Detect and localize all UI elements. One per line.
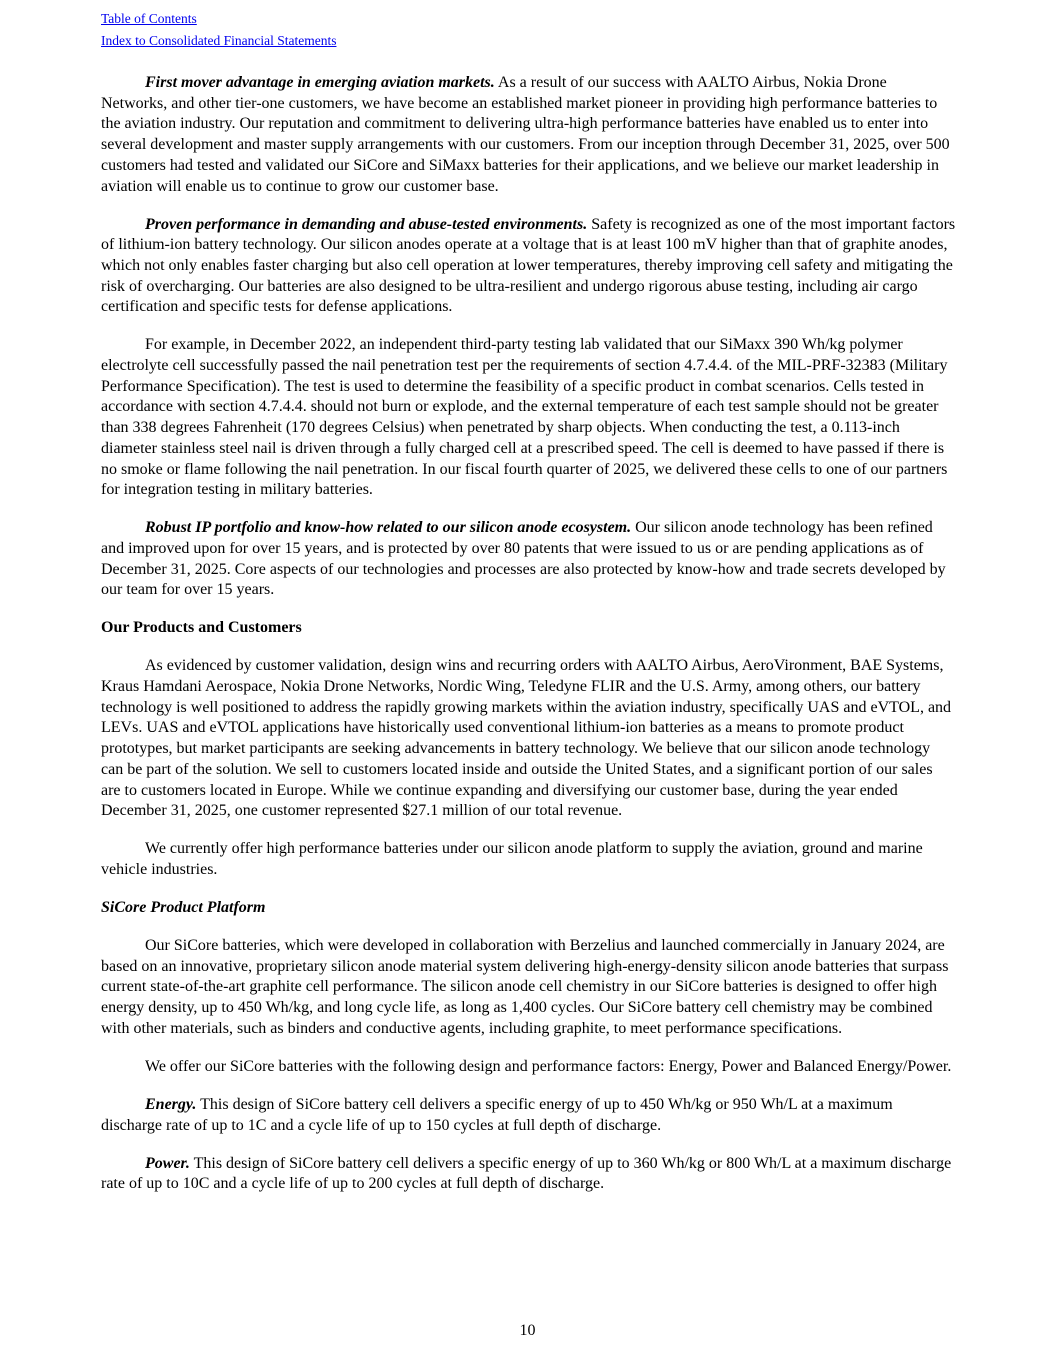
document-nav: Table of Contents Index to Consolidated … [101,8,336,51]
page-number: 10 [0,1322,1055,1340]
paragraph-text: We offer our SiCore batteries with the f… [145,1058,951,1075]
paragraph-customer-validation: As evidenced by customer validation, des… [101,656,956,822]
paragraph-lead: Robust IP portfolio and know-how related… [145,519,631,536]
paragraph-lead: First mover advantage in emerging aviati… [145,74,495,91]
paragraph-power: Power. This design of SiCore battery cel… [101,1154,956,1195]
paragraph-text: This design of SiCore battery cell deliv… [101,1096,893,1134]
paragraph-design-factors: We offer our SiCore batteries with the f… [101,1057,956,1078]
paragraph-robust-ip: Robust IP portfolio and know-how related… [101,518,956,601]
section-heading-products-customers: Our Products and Customers [101,618,956,639]
paragraph-text: As evidenced by customer validation, des… [101,657,951,819]
paragraph-lead: Power. [145,1155,190,1172]
paragraph-text: As a result of our success with AALTO Ai… [101,74,950,195]
paragraph-text: For example, in December 2022, an indepe… [101,336,947,498]
paragraph-text: Our SiCore batteries, which were develop… [101,937,948,1037]
paragraph-first-mover: First mover advantage in emerging aviati… [101,73,956,197]
table-of-contents-link[interactable]: Table of Contents [101,8,336,30]
paragraph-lead: Energy. [145,1096,196,1113]
index-financial-statements-link[interactable]: Index to Consolidated Financial Statemen… [101,30,336,52]
paragraph-nail-test-example: For example, in December 2022, an indepe… [101,335,956,501]
paragraph-currently-offer: We currently offer high performance batt… [101,839,956,880]
paragraph-lead: Proven performance in demanding and abus… [145,216,587,233]
paragraph-text: This design of SiCore battery cell deliv… [101,1155,951,1193]
paragraph-sicore-batteries: Our SiCore batteries, which were develop… [101,936,956,1040]
document-body: First mover advantage in emerging aviati… [101,73,956,1212]
section-heading-sicore-platform: SiCore Product Platform [101,898,956,919]
paragraph-proven-performance: Proven performance in demanding and abus… [101,215,956,319]
paragraph-energy: Energy. This design of SiCore battery ce… [101,1095,956,1136]
paragraph-text: We currently offer high performance batt… [101,840,923,878]
